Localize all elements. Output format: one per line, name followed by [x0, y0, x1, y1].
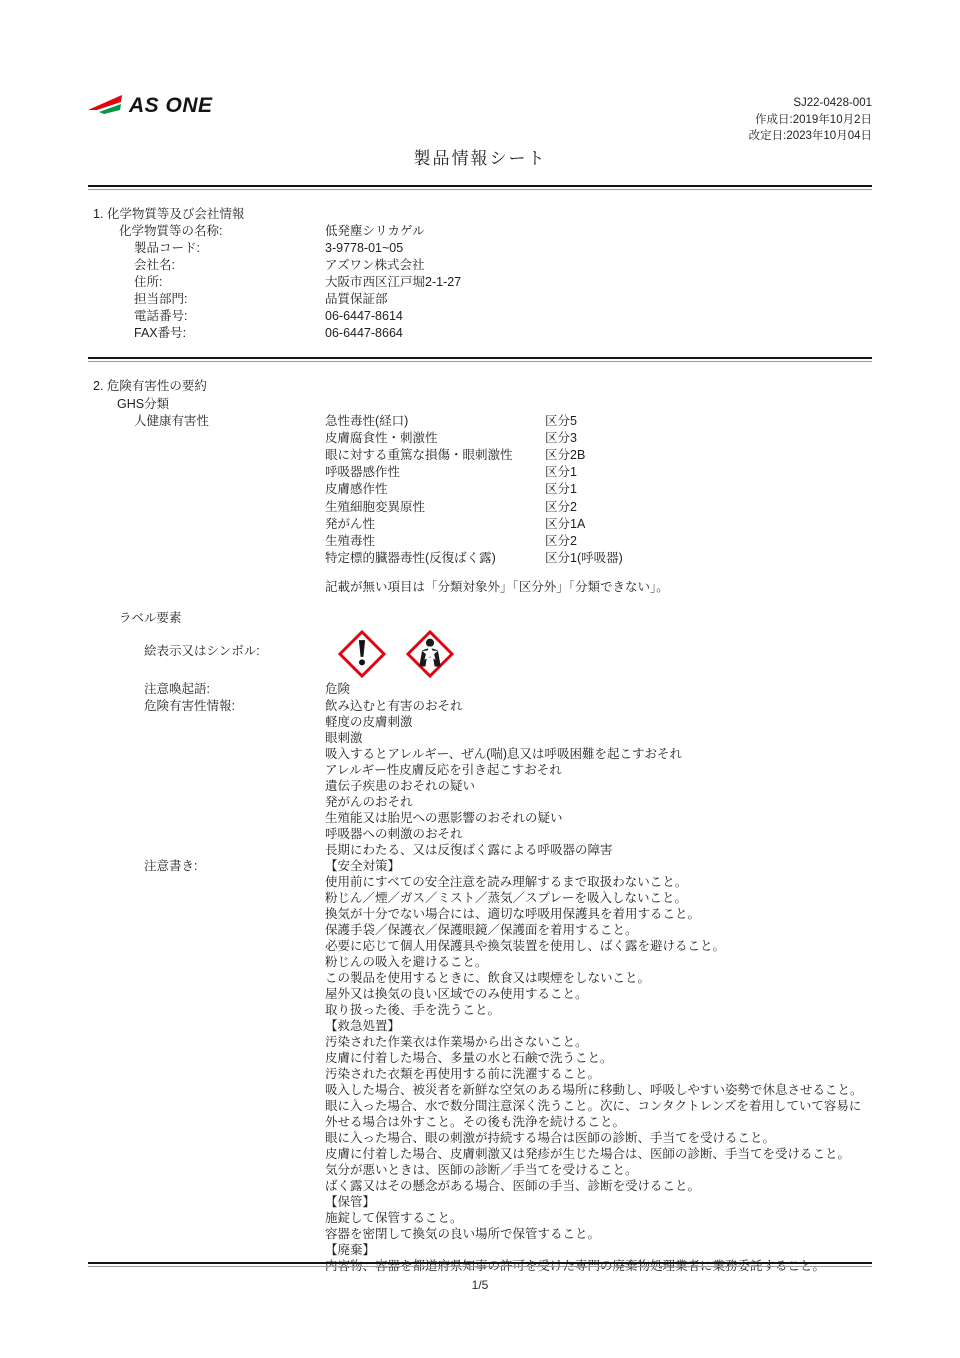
precautionary-statement: 容器を密閉して換気の良い場所で保管すること。	[325, 1226, 872, 1242]
ghs07-exclamation-mark-icon	[338, 630, 386, 678]
precautionary-statement: 眼に入った場合、水で数分間注意深く洗うこと。次に、コンタクトレンズを着用していて…	[325, 1098, 872, 1130]
hazard-class: 眼に対する重篤な損傷・眼刺激性	[325, 447, 545, 464]
precautionary-statement: ばく露又はその懸念がある場合、医師の手当、診断を受けること。	[325, 1178, 872, 1194]
precautionary-statements-row: 注意書き: 【安全対策】 使用前にすべての安全注意を読み理解するまで取扱わないこ…	[88, 858, 872, 1274]
info-label: 製品コード:	[88, 240, 325, 257]
company-info-row: 会社名: アズワン株式会社	[88, 257, 872, 274]
info-value: 06-6447-8664	[325, 325, 872, 342]
ghs-classification-row: 眼に対する重篤な損傷・眼刺激性 区分2B	[325, 447, 872, 464]
precautionary-label: 注意書き:	[88, 858, 325, 875]
pictogram-row: 絵表示又はシンボル:	[88, 628, 872, 678]
page-number: 1/5	[88, 1277, 872, 1293]
info-value: アズワン株式会社	[325, 257, 872, 274]
classification-note: 記載が無い項目は「分類対象外」「区分外」「分類できない」。	[325, 579, 872, 596]
company-info-rows: 製品コード: 3-9778-01~05 会社名: アズワン株式会社 住所: 大阪…	[88, 240, 872, 342]
company-info-row: 担当部門: 品質保証部	[88, 291, 872, 308]
precautionary-statement: 皮膚に付着した場合、多量の水と石鹸で洗うこと。	[325, 1050, 872, 1066]
page-title: 製品情報シート	[88, 148, 872, 170]
precautionary-statement: 粉じんの吸入を避けること。	[325, 954, 872, 970]
page-footer: 1/5	[88, 1262, 872, 1293]
as-one-logo: AS ONE	[88, 95, 213, 117]
company-info-row: 住所: 大阪市西区江戸堀2-1-27	[88, 274, 872, 291]
hazard-statements-list: 飲み込むと有害のおそれ 軽度の皮膚刺激 眼刺激 吸入するとアレルギー、ぜん(喘)…	[325, 698, 872, 858]
hazard-class: 生殖細胞変異原性	[325, 499, 545, 516]
human-health-hazard-block: 人健康有害性 急性毒性(経口) 区分5 皮膚腐食性・刺激性 区分3 眼に対する重…	[88, 413, 872, 568]
hazard-class: 生殖毒性	[325, 533, 545, 550]
precautionary-statement: 必要に応じて個人用保護具や換気装置を使用し、ばく露を避けること。	[325, 938, 872, 954]
hazard-category: 区分2	[545, 533, 577, 550]
ghs-classification-label: GHS分類	[88, 396, 872, 413]
signal-word-row: 注意喚起語: 危険	[88, 681, 872, 698]
precautionary-statement: 【救急処置】	[325, 1018, 872, 1034]
hazard-statement: 遺伝子疾患のおそれの疑い	[325, 778, 872, 794]
signal-word-label: 注意喚起語:	[88, 681, 325, 698]
document-meta: SJ22-0428-001 作成日:2019年10月2日 改定日:2023年10…	[749, 95, 872, 145]
info-label: FAX番号:	[88, 325, 325, 342]
as-one-logo-text: AS ONE	[129, 95, 213, 117]
label-elements-heading: ラベル要素	[88, 610, 872, 627]
ghs-pictograms	[325, 628, 454, 678]
hazard-category: 区分1	[545, 481, 577, 498]
precautionary-statement: 施錠して保管すること。	[325, 1210, 872, 1226]
precautionary-statement: 粉じん／煙／ガス／ミスト／蒸気／スプレーを吸入しないこと。	[325, 890, 872, 906]
company-info-row: FAX番号: 06-6447-8664	[88, 325, 872, 342]
precautionary-statement: 【保管】	[325, 1194, 872, 1210]
hazard-statement: 呼吸器への刺激のおそれ	[325, 826, 872, 842]
info-label: 担当部門:	[88, 291, 325, 308]
hazard-class: 特定標的臓器毒性(反復ばく露)	[325, 550, 545, 567]
info-value: 大阪市西区江戸堀2-1-27	[325, 274, 872, 291]
hazard-category: 区分1	[545, 464, 577, 481]
created-date: 作成日:2019年10月2日	[749, 112, 872, 129]
hazard-statement: アレルギー性皮膚反応を引き起こすおそれ	[325, 762, 872, 778]
precautionary-statement: 保護手袋／保護衣／保護眼鏡／保護面を着用すること。	[325, 922, 872, 938]
hazard-class: 皮膚感作性	[325, 481, 545, 498]
product-info-sheet-page: AS ONE SJ22-0428-001 作成日:2019年10月2日 改定日:…	[0, 0, 960, 1358]
ghs-classification-row: 呼吸器感作性 区分1	[325, 464, 872, 481]
precautionary-statements-list: 【安全対策】 使用前にすべての安全注意を読み理解するまで取扱わないこと。 粉じん…	[325, 858, 872, 1274]
hazard-statement: 吸入するとアレルギー、ぜん(喘)息又は呼吸困難を起こすおそれ	[325, 746, 872, 762]
section1-heading: 1. 化学物質等及び会社情報	[88, 206, 872, 223]
precautionary-statement: 取り扱った後、手を洗うこと。	[325, 1002, 872, 1018]
hazard-category: 区分5	[545, 413, 577, 430]
hazard-class: 呼吸器感作性	[325, 464, 545, 481]
pictogram-label: 絵表示又はシンボル:	[88, 628, 325, 660]
hazard-category: 区分1(呼吸器)	[545, 550, 623, 567]
as-one-logo-mark-icon	[88, 95, 124, 117]
hazard-statement: 発がんのおそれ	[325, 794, 872, 810]
company-info-row: 製品コード: 3-9778-01~05	[88, 240, 872, 257]
divider-footer	[88, 1262, 872, 1267]
info-label: 会社名:	[88, 257, 325, 274]
chemical-name-value: 低発塵シリカゲル	[325, 223, 872, 240]
hazard-class: 急性毒性(経口)	[325, 413, 545, 430]
divider-section1	[88, 357, 872, 362]
ghs-classification-row: 皮膚腐食性・刺激性 区分3	[325, 430, 872, 447]
revised-date: 改定日:2023年10月04日	[749, 128, 872, 145]
chemical-name-label: 化学物質等の名称:	[88, 223, 325, 240]
hazard-class: 皮膚腐食性・刺激性	[325, 430, 545, 447]
precautionary-statement: 汚染された衣類を再使用する前に洗濯すること。	[325, 1066, 872, 1082]
page-header: AS ONE SJ22-0428-001 作成日:2019年10月2日 改定日:…	[88, 0, 872, 145]
precautionary-statement: 屋外又は換気の良い区域でのみ使用すること。	[325, 986, 872, 1002]
info-value: 06-6447-8614	[325, 308, 872, 325]
chemical-name-row: 化学物質等の名称: 低発塵シリカゲル	[88, 223, 872, 240]
human-health-label: 人健康有害性	[88, 413, 325, 430]
precautionary-statement: 【安全対策】	[325, 858, 872, 874]
ghs08-health-hazard-icon	[406, 630, 454, 678]
hazard-statements-row: 危険有害性情報: 飲み込むと有害のおそれ 軽度の皮膚刺激 眼刺激 吸入するとアレ…	[88, 698, 872, 858]
hazard-statement: 長期にわたる、又は反復ばく露による呼吸器の障害	[325, 842, 872, 858]
precautionary-statement: 皮膚に付着した場合、皮膚刺激又は発疹が生じた場合は、医師の診断、手当てを受けるこ…	[325, 1146, 872, 1162]
section-company-info: 1. 化学物質等及び会社情報 化学物質等の名称: 低発塵シリカゲル 製品コード:…	[88, 206, 872, 342]
ghs-classification-table: 急性毒性(経口) 区分5 皮膚腐食性・刺激性 区分3 眼に対する重篤な損傷・眼刺…	[325, 413, 872, 568]
section2-heading: 2. 危険有害性の要約	[88, 378, 872, 395]
info-value: 3-9778-01~05	[325, 240, 872, 257]
precautionary-statement: 汚染された作業衣は作業場から出さないこと。	[325, 1034, 872, 1050]
hazard-category: 区分2B	[545, 447, 585, 464]
info-value: 品質保証部	[325, 291, 872, 308]
hazard-statement: 眼刺激	[325, 730, 872, 746]
ghs-classification-row: 生殖毒性 区分2	[325, 533, 872, 550]
ghs-classification-row: 特定標的臓器毒性(反復ばく露) 区分1(呼吸器)	[325, 550, 872, 567]
ghs-classification-row: 生殖細胞変異原性 区分2	[325, 499, 872, 516]
precautionary-statement: この製品を使用するときに、飲食又は喫煙をしないこと。	[325, 970, 872, 986]
precautionary-statement: 眼に入った場合、眼の刺激が持続する場合は医師の診断、手当てを受けること。	[325, 1130, 872, 1146]
hazard-category: 区分2	[545, 499, 577, 516]
hazard-statements-label: 危険有害性情報:	[88, 698, 325, 715]
hazard-class: 発がん性	[325, 516, 545, 533]
hazard-statement: 軽度の皮膚刺激	[325, 714, 872, 730]
info-label: 電話番号:	[88, 308, 325, 325]
precautionary-statement: 吸入した場合、被災者を新鮮な空気のある場所に移動し、呼吸しやすい姿勢で休息させる…	[325, 1082, 872, 1098]
hazard-statement: 飲み込むと有害のおそれ	[325, 698, 872, 714]
ghs-classification-row: 皮膚感作性 区分1	[325, 481, 872, 498]
hazard-category: 区分3	[545, 430, 577, 447]
precautionary-statement: 【廃棄】	[325, 1242, 872, 1258]
ghs-classification-row: 急性毒性(経口) 区分5	[325, 413, 872, 430]
document-number: SJ22-0428-001	[749, 95, 872, 112]
signal-word-value: 危険	[325, 681, 872, 697]
divider-title	[88, 185, 872, 190]
hazard-category: 区分1A	[545, 516, 585, 533]
precautionary-statement: 使用前にすべての安全注意を読み理解するまで取扱わないこと。	[325, 874, 872, 890]
hazard-statement: 生殖能又は胎児への悪影響のおそれの疑い	[325, 810, 872, 826]
company-info-row: 電話番号: 06-6447-8614	[88, 308, 872, 325]
info-label: 住所:	[88, 274, 325, 291]
precautionary-statement: 換気が十分でない場合には、適切な呼吸用保護具を着用すること。	[325, 906, 872, 922]
precautionary-statement: 気分が悪いときは、医師の診断／手当てを受けること。	[325, 1162, 872, 1178]
ghs-classification-row: 発がん性 区分1A	[325, 516, 872, 533]
section-hazard-summary: 2. 危険有害性の要約 GHS分類 人健康有害性 急性毒性(経口) 区分5 皮膚…	[88, 378, 872, 1275]
